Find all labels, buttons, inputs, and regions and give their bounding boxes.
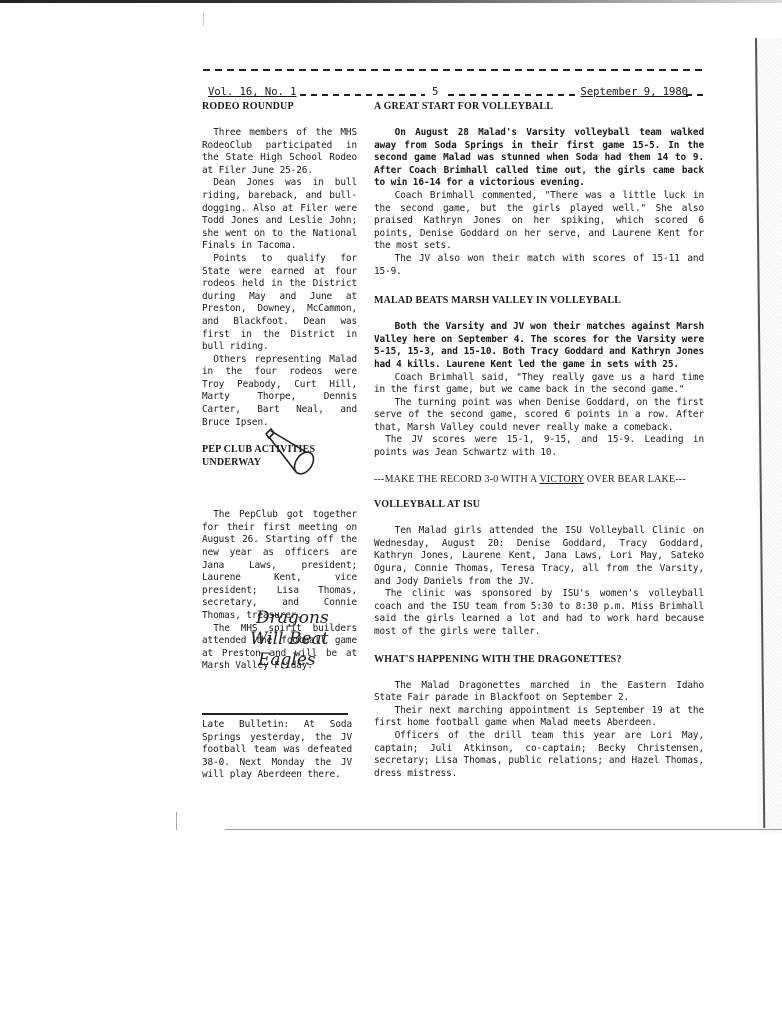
masthead-dashed-rule bbox=[203, 69, 707, 71]
article-paragraph: Dean Jones was in bull riding, bareback,… bbox=[202, 177, 357, 253]
headline-volleyball-start: A GREAT START FOR VOLLEYBALL bbox=[374, 100, 704, 113]
slogan-emphasis: VICTORY bbox=[539, 474, 584, 485]
volume-number: Vol. 16, No. 1 bbox=[208, 84, 297, 100]
headline-rodeo-roundup: RODEO ROUNDUP bbox=[202, 100, 357, 113]
article-paragraph: Others representing Malad in the four ro… bbox=[202, 354, 357, 430]
page-number: 5 bbox=[432, 84, 438, 100]
right-column: A GREAT START FOR VOLLEYBALL On August 2… bbox=[374, 100, 704, 780]
article-paragraph: The Malad Dragonettes marched in the Eas… bbox=[374, 680, 704, 705]
article-isu-clinic: VOLLEYBALL AT ISU Ten Malad girls attend… bbox=[374, 498, 704, 638]
article-paragraph: Officers of the drill team this year are… bbox=[374, 730, 704, 780]
article-marsh-valley: MALAD BEATS MARSH VALLEY IN VOLLEYBALL B… bbox=[374, 294, 704, 460]
article-paragraph: The JV scores were 15-1, 9-15, and 15-9.… bbox=[374, 434, 704, 459]
article-paragraph: The turning point was when Denise Goddar… bbox=[374, 397, 704, 435]
handwritten-line: Dragons bbox=[250, 608, 350, 629]
headline-marsh-valley: MALAD BEATS MARSH VALLEY IN VOLLEYBALL bbox=[374, 294, 704, 307]
section-divider bbox=[202, 713, 348, 715]
issue-date: September 9, 1980 bbox=[581, 84, 688, 100]
slogan-banner: ---MAKE THE RECORD 3-0 WITH A VICTORY OV… bbox=[374, 474, 704, 487]
headline-dragonettes: WHAT'S HAPPENING WITH THE DRAGONETTES? bbox=[374, 653, 704, 666]
article-dragonettes: WHAT'S HAPPENING WITH THE DRAGONETTES? T… bbox=[374, 653, 704, 781]
article-paragraph: Points to qualify for State were earned … bbox=[202, 253, 357, 354]
slogan-suffix: OVER BEAR LAKE--- bbox=[584, 474, 686, 485]
article-paragraph: Ten Malad girls attended the ISU Volleyb… bbox=[374, 525, 704, 588]
article-paragraph: The clinic was sponsored by ISU's women'… bbox=[374, 588, 704, 638]
scan-mark bbox=[176, 812, 177, 830]
handwritten-line: Eagles bbox=[250, 650, 350, 671]
masthead-dashes bbox=[686, 94, 706, 96]
left-column: RODEO ROUNDUP Three members of the MHS R… bbox=[202, 100, 357, 673]
masthead-dashes bbox=[448, 94, 578, 96]
handwritten-line: Will Beat bbox=[250, 629, 350, 650]
headline-isu-clinic: VOLLEYBALL AT ISU bbox=[374, 498, 704, 511]
page-edge-bottom bbox=[225, 829, 782, 830]
scan-top-edge bbox=[0, 0, 782, 3]
masthead: Vol. 16, No. 1 5 September 9, 1980 bbox=[208, 84, 708, 100]
article-paragraph: Their next marching appointment is Septe… bbox=[374, 705, 704, 730]
article-paragraph: Both the Varsity and JV won their matche… bbox=[374, 321, 704, 371]
article-rodeo-roundup: RODEO ROUNDUP Three members of the MHS R… bbox=[202, 100, 357, 429]
article-paragraph: The JV also won their match with scores … bbox=[374, 253, 704, 278]
article-paragraph: Three members of the MHS RodeoClub parti… bbox=[202, 127, 357, 177]
article-paragraph: Coach Brimhall said, "They really gave u… bbox=[374, 372, 704, 397]
headline-line: UNDERWAY bbox=[202, 457, 261, 468]
article-paragraph: Coach Brimhall commented, "There was a l… bbox=[374, 190, 704, 253]
megaphone-icon bbox=[262, 428, 322, 478]
late-bulletin-text: Late Bulletin: At Soda Springs yesterday… bbox=[202, 719, 352, 782]
article-volleyball-start: A GREAT START FOR VOLLEYBALL On August 2… bbox=[374, 100, 704, 278]
handwritten-cheer: Dragons Will Beat Eagles bbox=[250, 608, 350, 671]
article-paragraph: On August 28 Malad's Varsity volleyball … bbox=[374, 127, 704, 190]
slogan-prefix: ---MAKE THE RECORD 3-0 WITH A bbox=[374, 474, 539, 485]
masthead-dashes bbox=[300, 94, 425, 96]
scan-mark bbox=[203, 12, 204, 26]
article-paragraph: The PepClub got together for their first… bbox=[202, 509, 357, 622]
late-bulletin: Late Bulletin: At Soda Springs yesterday… bbox=[202, 719, 352, 782]
